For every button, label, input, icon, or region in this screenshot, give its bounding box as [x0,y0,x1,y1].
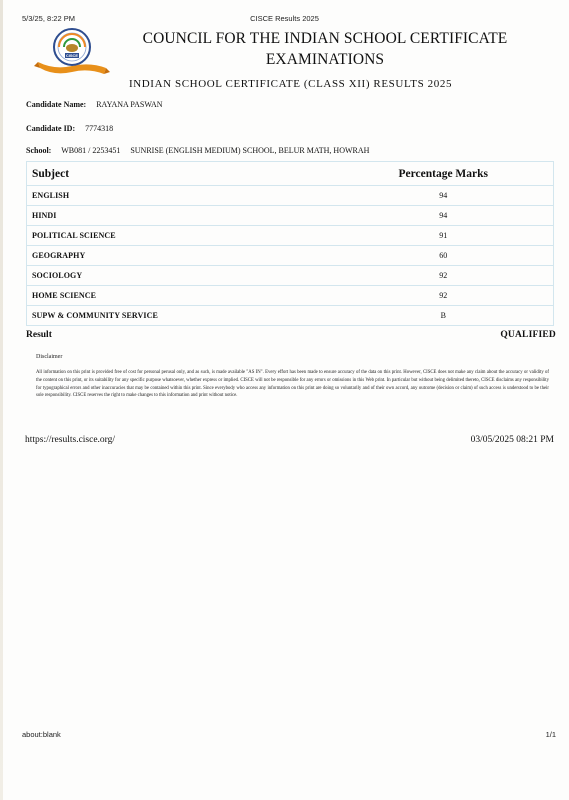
marks-cell: 94 [334,206,554,226]
result-label: Result [26,330,52,340]
marks-cell: B [334,306,554,326]
subject-cell: ENGLISH [27,186,334,206]
marks-cell: 91 [334,226,554,246]
table-header-row: Subject Percentage Marks [27,162,554,186]
table-row: SUPW & COMMUNITY SERVICEB [27,306,554,326]
result-row: Result QUALIFIED [26,330,556,340]
school-code: WB081 / 2253451 [61,146,120,155]
results-url-link[interactable]: https://results.cisce.org/ [25,435,115,445]
school-label: School: [26,146,51,155]
subject-cell: SUPW & COMMUNITY SERVICE [27,306,334,326]
candidate-id-row: Candidate ID: 7774318 [26,124,113,133]
table-row: HOME SCIENCE92 [27,286,554,306]
org-title-line2: EXAMINATIONS [135,49,515,70]
table-row: ENGLISH94 [27,186,554,206]
marks-cell: 60 [334,246,554,266]
disclaimer-title: Disclaimer [36,354,62,360]
page-number: 1/1 [546,730,556,739]
subject-cell: HINDI [27,206,334,226]
subject-header: Subject [27,162,334,186]
subject-cell: HOME SCIENCE [27,286,334,306]
candidate-name-row: Candidate Name: RAYANA PASWAN [26,100,163,109]
school-name: SUNRISE (ENGLISH MEDIUM) SCHOOL, BELUR M… [130,146,369,155]
svg-text:CISCE: CISCE [66,53,79,58]
print-header: 5/3/25, 8:22 PM CISCE Results 2025 [0,14,569,26]
candidate-name-label: Candidate Name: [26,100,86,109]
scan-edge [0,0,3,800]
table-row: SOCIOLOGY92 [27,266,554,286]
candidate-id-label: Candidate ID: [26,124,75,133]
disclaimer-text: All information on this print is provide… [36,369,549,400]
candidate-name-value: RAYANA PASWAN [96,100,162,109]
table-row: HINDI94 [27,206,554,226]
organization-title: COUNCIL FOR THE INDIAN SCHOOL CERTIFICAT… [135,28,515,70]
table-row: POLITICAL SCIENCE91 [27,226,554,246]
marks-cell: 92 [334,266,554,286]
org-title-line1: COUNCIL FOR THE INDIAN SCHOOL CERTIFICAT… [135,28,515,49]
school-row: School: WB081 / 2253451 SUNRISE (ENGLISH… [26,146,369,155]
subject-cell: GEOGRAPHY [27,246,334,266]
subject-cell: SOCIOLOGY [27,266,334,286]
result-title: INDIAN SCHOOL CERTIFICATE (CLASS XII) RE… [0,78,569,90]
percentage-header: Percentage Marks [334,162,554,186]
marks-cell: 94 [334,186,554,206]
cisce-emblem-icon: CISCE [34,26,110,76]
subject-cell: POLITICAL SCIENCE [27,226,334,246]
marks-table: Subject Percentage Marks ENGLISH94HINDI9… [26,161,554,326]
table-row: GEOGRAPHY60 [27,246,554,266]
marks-cell: 92 [334,286,554,306]
result-value: QUALIFIED [500,330,556,340]
print-location: about:blank [22,730,61,739]
print-page-title: CISCE Results 2025 [0,14,569,23]
generated-timestamp: 03/05/2025 08:21 PM [471,435,554,445]
candidate-id-value: 7774318 [85,124,113,133]
